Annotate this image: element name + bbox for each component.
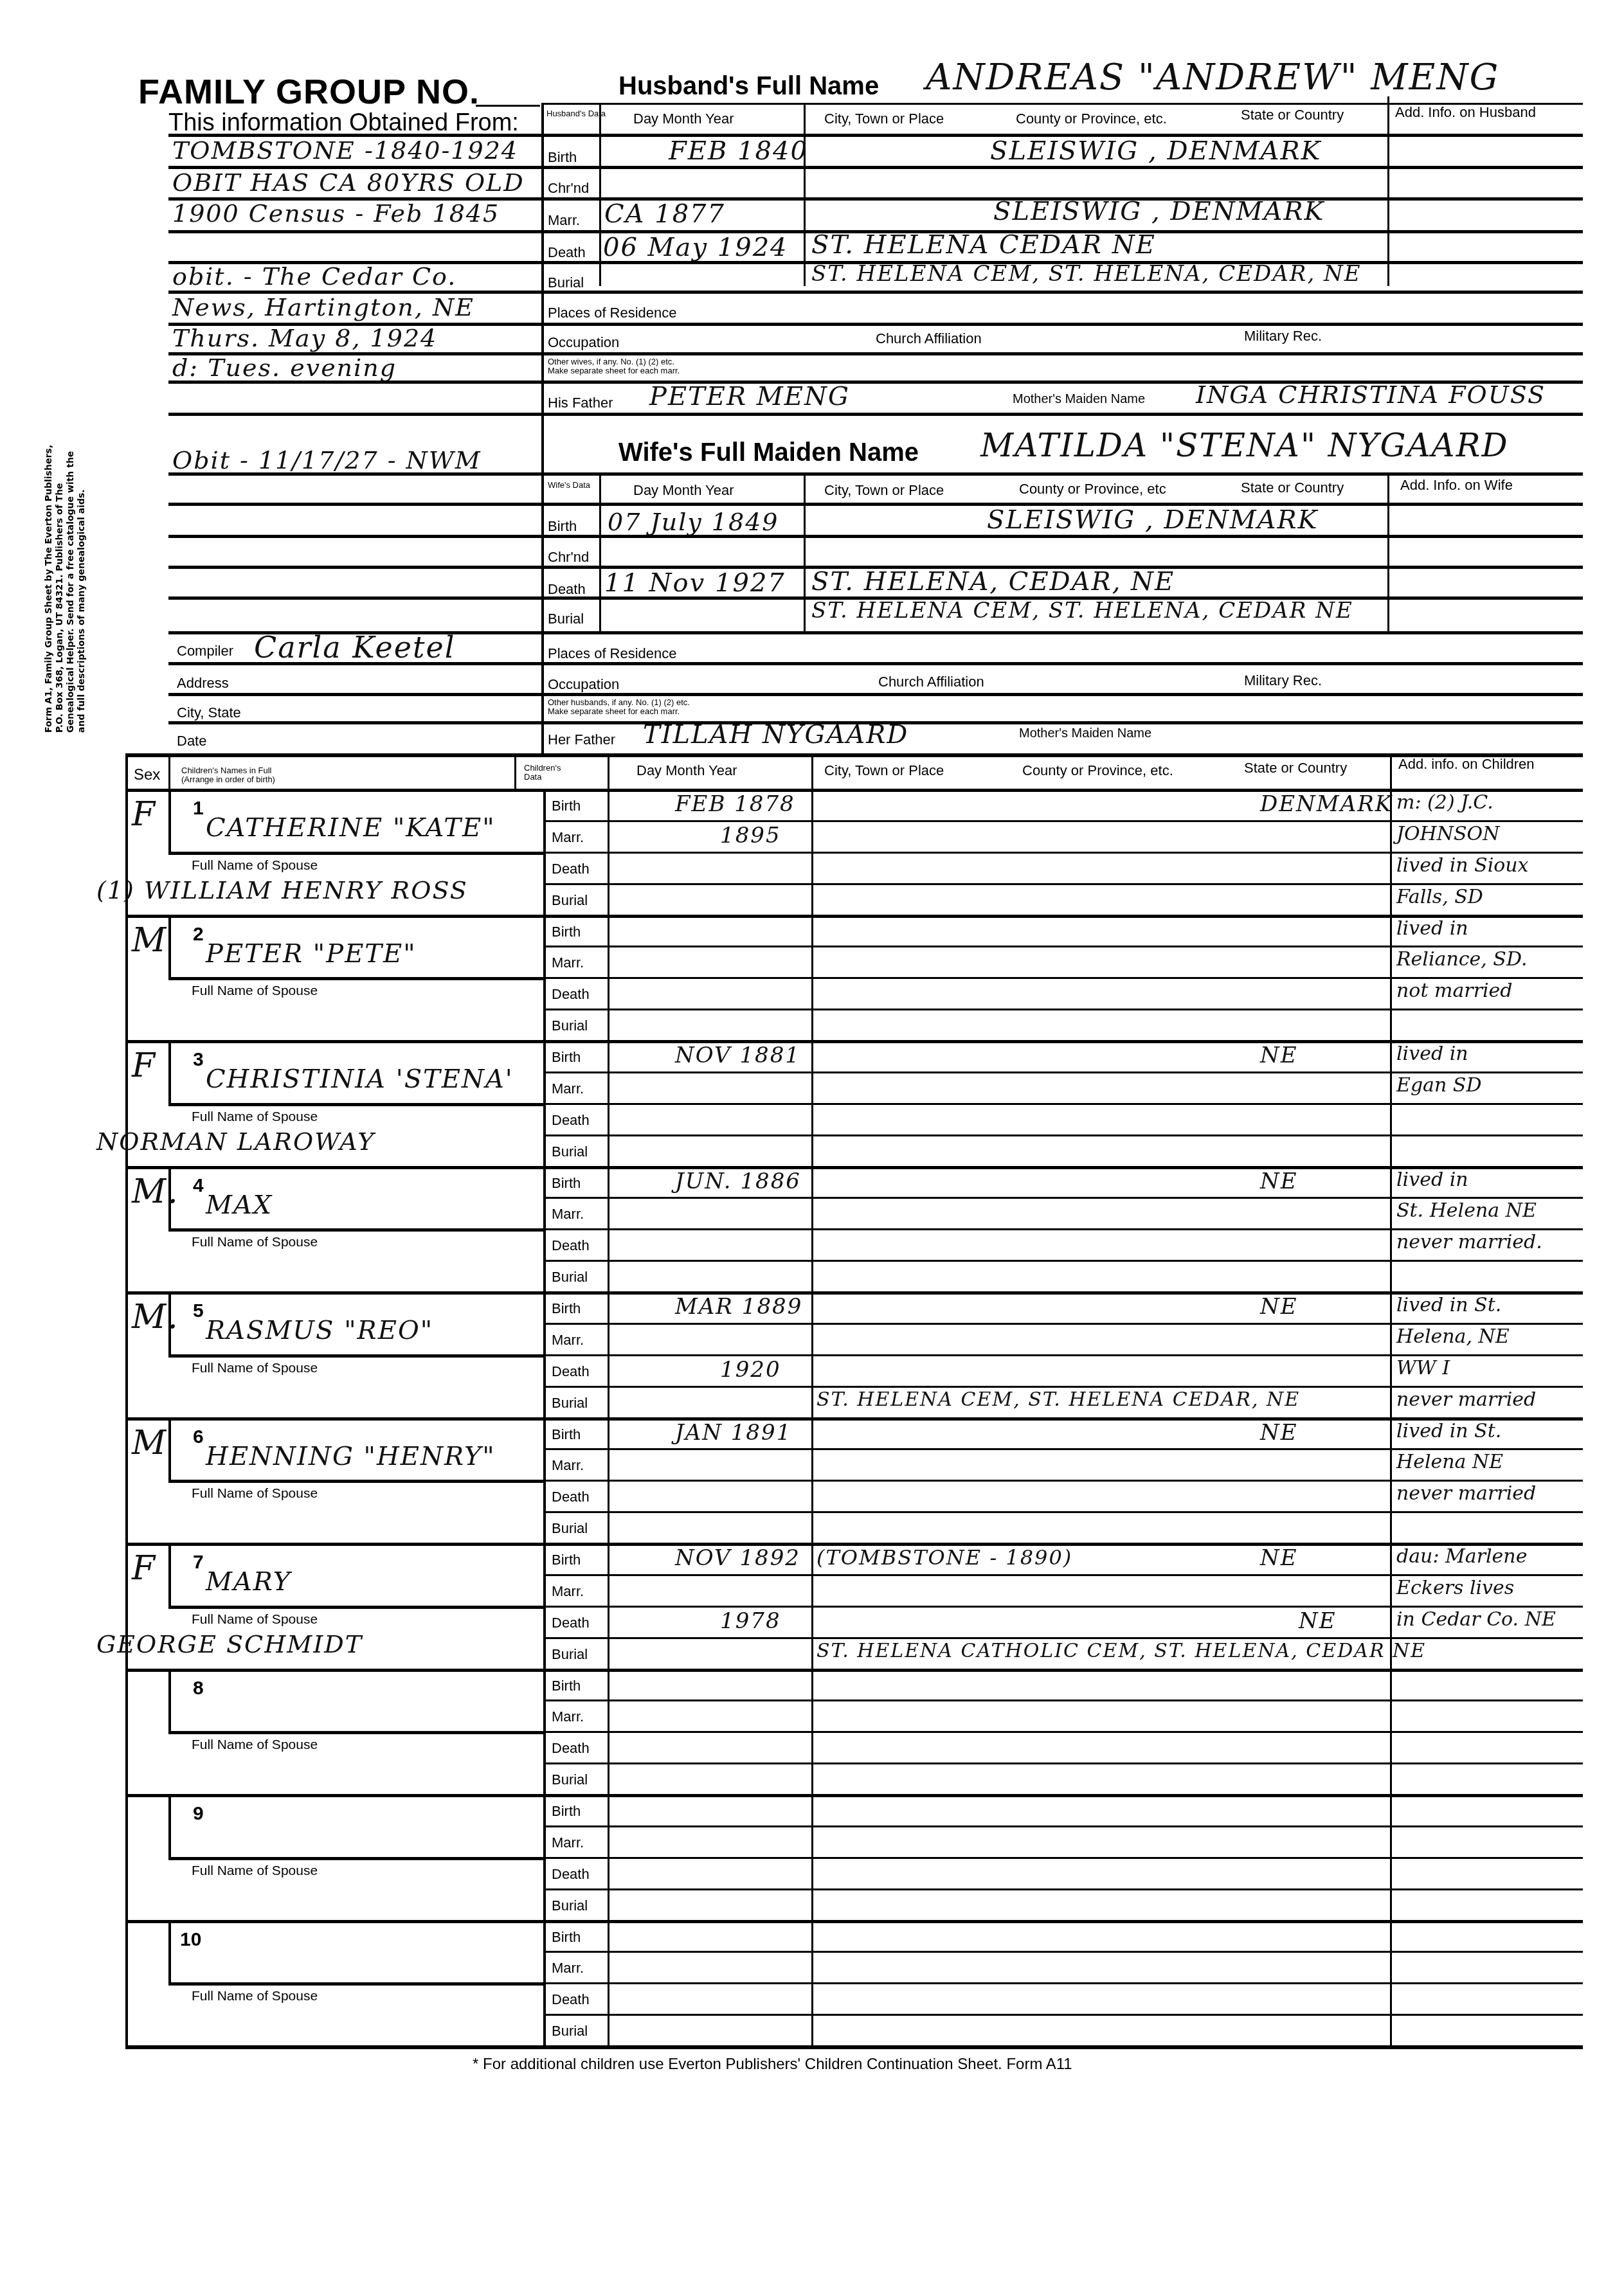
- child-event-label: Birth: [552, 924, 581, 940]
- child-birth-state[interactable]: NE: [1260, 1294, 1298, 1320]
- source-line-6[interactable]: News, Hartington, NE: [172, 293, 474, 321]
- child-burial-place[interactable]: ST. HELENA CATHOLIC CEM, ST. HELENA, CED…: [817, 1640, 1426, 1662]
- children-col-city: City, Town or Place: [824, 762, 944, 779]
- child-event-label: Marr.: [552, 1834, 584, 1851]
- his-father-name[interactable]: PETER MENG: [649, 382, 850, 411]
- child-event-label: Burial: [552, 1646, 588, 1663]
- child-event-label: Burial: [552, 2023, 588, 2040]
- children-col-date: Day Month Year: [636, 762, 737, 779]
- child-name[interactable]: HENNING "HENRY": [206, 1442, 496, 1471]
- child-sex[interactable]: F: [132, 1046, 156, 1085]
- child-note[interactable]: Reliance, SD.: [1396, 948, 1527, 971]
- child-birth-date[interactable]: FEB 1878: [675, 791, 795, 817]
- compiler-label: Compiler: [177, 643, 233, 659]
- child-name[interactable]: MAX: [206, 1190, 273, 1220]
- wife-event-burial: Burial: [548, 611, 584, 627]
- name-box-left: [168, 915, 171, 978]
- wife-col-state: State or Country: [1241, 480, 1344, 496]
- row-line: [543, 1009, 1583, 1010]
- col-date: Day Month Year: [633, 111, 734, 127]
- child-event-label: Death: [552, 1237, 590, 1254]
- row-line: [543, 852, 1583, 854]
- husband-birth-place[interactable]: SLEISWIG , DENMARK: [990, 136, 1322, 166]
- child-name[interactable]: CHRISTINIA 'STENA': [206, 1064, 514, 1094]
- row-line: [543, 1606, 1583, 1608]
- her-mother-label: Mother's Maiden Name: [1019, 726, 1151, 741]
- spouse-label: Full Name of Spouse: [192, 1612, 318, 1628]
- child-event-label: Burial: [552, 1395, 588, 1412]
- child-event-label: Birth: [552, 1175, 581, 1192]
- child-number: 7: [193, 1552, 204, 1574]
- name-box-bottom: [168, 1228, 543, 1232]
- divider: [599, 472, 601, 633]
- child-event-label: Burial: [552, 1018, 588, 1034]
- name-box-left: [168, 1669, 171, 1732]
- child-sex[interactable]: M: [132, 1424, 167, 1462]
- child-note[interactable]: never married: [1396, 1482, 1536, 1505]
- child-note[interactable]: in Cedar Co. NE: [1396, 1608, 1556, 1631]
- other-wives-note: Make separate sheet for each marr.: [548, 366, 680, 375]
- row-line: [543, 1825, 1583, 1827]
- child-name[interactable]: MARY: [206, 1567, 291, 1597]
- child-note[interactable]: never married.: [1396, 1231, 1542, 1253]
- spouse-label: Full Name of Spouse: [192, 1737, 318, 1753]
- row-line: [543, 1386, 1583, 1388]
- child-birth-date[interactable]: Nov 1892: [675, 1545, 800, 1571]
- wife-event-death: Death: [548, 581, 586, 598]
- source-line-7[interactable]: Thurs. May 8, 1924: [172, 324, 437, 352]
- wife-death-place[interactable]: ST. HELENA, CEDAR, NE: [811, 567, 1175, 596]
- row-line: [168, 693, 1583, 696]
- event-label-death: Death: [548, 244, 586, 261]
- child-event-label: Marr.: [552, 955, 584, 971]
- obtained-from-label: This information Obtained From:: [168, 109, 519, 137]
- row-line: [543, 1762, 1583, 1764]
- child-event-label: Marr.: [552, 1709, 584, 1725]
- source-line-5[interactable]: obit. - The Cedar Co.: [172, 262, 456, 291]
- col-children-names: Children's Names in Full: [181, 766, 271, 775]
- child-event-label: Death: [552, 1112, 590, 1129]
- col-children-data-2: Data: [524, 773, 541, 782]
- row-line: [543, 1072, 1583, 1073]
- child-sex[interactable]: M.: [132, 1298, 179, 1336]
- child-note[interactable]: lived in Sioux: [1396, 854, 1529, 877]
- child-event-label: Death: [552, 1991, 590, 2008]
- row-line: [543, 1857, 1583, 1859]
- divider: [804, 472, 806, 633]
- child-death-state[interactable]: NE: [1299, 1608, 1337, 1634]
- compiler-name[interactable]: Carla Keetel: [254, 630, 455, 665]
- other-husbands-label: Other husbands, if any. No. (1) (2) etc.: [548, 698, 690, 707]
- child-event-label: Marr.: [552, 1960, 584, 1977]
- child-birth-place[interactable]: (TOMBSTONE - 1890): [817, 1545, 1072, 1570]
- his-father-label: His Father: [548, 395, 613, 411]
- child-birth-state[interactable]: DENMARK: [1260, 791, 1393, 817]
- child-note[interactable]: lived in St.: [1396, 1420, 1501, 1442]
- row-line: [543, 2014, 1583, 2016]
- name-box-bottom: [168, 1982, 543, 1986]
- child-event-label: Birth: [552, 798, 581, 814]
- name-box-bottom: [168, 977, 543, 980]
- spouse-label: Full Name of Spouse: [192, 1486, 318, 1502]
- child-number: 9: [193, 1803, 204, 1825]
- row-line: [125, 1291, 1583, 1295]
- children-col-county: County or Province, etc.: [1022, 762, 1173, 779]
- child-event-label: Burial: [552, 1897, 588, 1914]
- her-father-name[interactable]: TILLAH NYGAARD: [643, 720, 908, 749]
- row-line: [543, 1103, 1583, 1105]
- row-line: [543, 946, 1583, 947]
- name-box-bottom: [168, 1731, 543, 1734]
- husband-name-label: Husband's Full Name: [618, 72, 879, 101]
- name-box-left: [168, 1417, 171, 1480]
- child-event-label: Death: [552, 1615, 590, 1631]
- publisher-side-note: Form A1, Family Group Sheet by The Evert…: [44, 445, 87, 733]
- row-line: [543, 1135, 1583, 1136]
- child-sex[interactable]: M.: [132, 1172, 179, 1211]
- name-box-bottom: [168, 1857, 543, 1860]
- wife-birth-place[interactable]: SLEISWIG , DENMARK: [987, 505, 1319, 535]
- divider: [541, 103, 544, 755]
- child-birth-date[interactable]: Nov 1881: [675, 1043, 800, 1068]
- child-note[interactable]: Eckers lives: [1396, 1577, 1514, 1599]
- side-note-line: Genealogical Helper. Send for a free cat…: [66, 445, 77, 733]
- divider: [599, 103, 601, 286]
- source-line-1[interactable]: TOMBSTONE -1840-1924: [172, 136, 518, 165]
- husband-death-place[interactable]: ST. HELENA CEDAR NE: [811, 230, 1156, 260]
- child-birth-date[interactable]: JUN. 1886: [675, 1169, 801, 1194]
- child-event-label: Death: [552, 1740, 590, 1757]
- child-event-label: Birth: [552, 1552, 581, 1568]
- row-line: [543, 1951, 1583, 1953]
- col-city: City, Town or Place: [824, 111, 944, 127]
- col-state: State or Country: [1241, 107, 1344, 123]
- child-marriage-date[interactable]: 1895: [720, 823, 781, 848]
- name-box-left: [168, 789, 171, 852]
- row-line: [543, 1323, 1583, 1325]
- wife-occupation-label: Occupation: [548, 676, 619, 693]
- wife-name-label: Wife's Full Maiden Name: [618, 438, 919, 467]
- child-number: 8: [193, 1678, 204, 1700]
- row-line: [168, 413, 1583, 416]
- col-children-names-note: (Arrange in order of birth): [181, 775, 275, 784]
- spouse-label: Full Name of Spouse: [192, 1863, 318, 1879]
- child-spouse[interactable]: NORMAN LAROWAY: [96, 1127, 375, 1156]
- name-box-left: [168, 1040, 171, 1103]
- event-label-christened: Chr'nd: [548, 180, 589, 197]
- child-note[interactable]: Helena, NE: [1396, 1325, 1510, 1348]
- row-line: [543, 820, 1583, 822]
- row-line: [125, 1166, 1583, 1169]
- child-sex[interactable]: F: [132, 1549, 156, 1588]
- child-event-label: Marr.: [552, 1206, 584, 1223]
- child-spouse[interactable]: GEORGE SCHMIDT: [96, 1630, 363, 1658]
- row-line: [543, 1260, 1583, 1262]
- child-event-label: Birth: [552, 1300, 581, 1317]
- child-name[interactable]: CATHERINE "KATE": [206, 813, 496, 843]
- child-event-label: Burial: [552, 1771, 588, 1788]
- children-table-bottom: [125, 2045, 1583, 2049]
- child-number: 4: [193, 1175, 204, 1197]
- source-line-3[interactable]: 1900 Census - Feb 1845: [172, 199, 500, 228]
- child-event-label: Death: [552, 1363, 590, 1380]
- wife-col-city: City, Town or Place: [824, 482, 944, 499]
- child-note[interactable]: Egan SD: [1396, 1074, 1481, 1097]
- child-number: 1: [193, 798, 204, 820]
- event-label-burial: Burial: [548, 274, 584, 291]
- husband-occupation-label: Occupation: [548, 334, 619, 351]
- col-add-husband: Add. Info. on Husband: [1395, 104, 1536, 121]
- row-line: [543, 1888, 1583, 1890]
- child-burial-place[interactable]: ST. HELENA CEM, ST. HELENA CEDAR, NE: [817, 1388, 1300, 1411]
- child-birth-state[interactable]: NE: [1260, 1169, 1298, 1194]
- child-note[interactable]: lived in St.: [1396, 1294, 1501, 1316]
- wife-military-label: Military Rec.: [1244, 672, 1322, 689]
- wife-event-birth: Birth: [548, 518, 577, 535]
- row-line: [543, 1637, 1583, 1639]
- family-group-number-line[interactable]: [476, 105, 540, 107]
- child-event-label: Burial: [552, 1520, 588, 1537]
- husband-data-label: Husband's Data: [546, 109, 606, 118]
- child-event-label: Birth: [552, 1678, 581, 1694]
- child-birth-state[interactable]: NE: [1260, 1043, 1298, 1068]
- row-line: [543, 1982, 1583, 1984]
- wife-name[interactable]: MATILDA "STENA" NYGAARD: [980, 427, 1508, 464]
- row-line: [125, 1920, 1583, 1923]
- child-note[interactable]: lived in: [1396, 1169, 1468, 1191]
- row-line: [543, 1228, 1583, 1230]
- row-line: [543, 1197, 1583, 1199]
- husband-death-date[interactable]: 06 May 1924: [603, 233, 788, 262]
- child-birth-state[interactable]: NE: [1260, 1545, 1298, 1571]
- name-box-left: [168, 1543, 171, 1606]
- child-note[interactable]: m: (2) J.C.: [1396, 791, 1493, 814]
- divider: [1387, 96, 1389, 286]
- spouse-label: Full Name of Spouse: [192, 1235, 318, 1250]
- child-event-label: Marr.: [552, 1457, 584, 1474]
- row-line: [543, 1354, 1583, 1356]
- row-line: [543, 1480, 1583, 1482]
- wife-col-date: Day Month Year: [633, 482, 734, 499]
- child-birth-date[interactable]: MAR 1889: [675, 1294, 802, 1320]
- row-line: [543, 1511, 1583, 1513]
- child-event-label: Marr.: [552, 1332, 584, 1349]
- name-box-bottom: [168, 1354, 543, 1358]
- wife-col-county: County or Province, etc: [1019, 481, 1166, 498]
- source-line-11[interactable]: Obit - 11/17/27 - NWM: [172, 446, 482, 474]
- wife-death-date[interactable]: 11 Nov 1927: [604, 568, 786, 598]
- child-event-label: Birth: [552, 1049, 581, 1066]
- husband-marriage-date[interactable]: CA 1877: [604, 199, 725, 229]
- date-label: Date: [177, 733, 206, 749]
- wife-birth-date[interactable]: 07 July 1849: [608, 508, 779, 536]
- name-box-left: [168, 1920, 171, 1983]
- name-box-bottom: [168, 1480, 543, 1483]
- child-note[interactable]: Helena NE: [1396, 1451, 1503, 1473]
- husband-marriage-place[interactable]: SLEISWIG , DENMARK: [993, 197, 1325, 226]
- col-county: County or Province, etc.: [1016, 111, 1167, 127]
- child-note[interactable]: WW I: [1396, 1357, 1450, 1379]
- source-line-8[interactable]: d: Tues. evening: [172, 354, 397, 382]
- child-event-label: Death: [552, 861, 590, 877]
- divider: [168, 753, 170, 789]
- row-line: [168, 535, 1583, 538]
- spouse-label: Full Name of Spouse: [192, 1989, 318, 2004]
- name-box-bottom: [168, 1103, 543, 1106]
- husband-burial-place[interactable]: ST. HELENA CEM, ST. HELENA, CEDAR, NE: [811, 261, 1362, 287]
- row-line: [125, 1669, 1583, 1672]
- col-sex: Sex: [134, 766, 160, 784]
- child-note[interactable]: dau: Marlene: [1396, 1545, 1527, 1568]
- children-table-top: [125, 753, 1583, 757]
- row-line: [125, 1794, 1583, 1797]
- other-wives-label: Other wives, if any. No. (1) (2) etc.: [548, 357, 674, 366]
- child-number: 10: [180, 1929, 201, 1951]
- footnote: * For additional children use Everton Pu…: [473, 2056, 1072, 2074]
- child-birth-date[interactable]: JAN 1891: [675, 1420, 791, 1446]
- name-box-bottom: [168, 1606, 543, 1609]
- child-event-label: Birth: [552, 1929, 581, 1946]
- child-event-label: Burial: [552, 892, 588, 909]
- wife-residence-label: Places of Residence: [548, 645, 677, 662]
- row-line: [543, 1574, 1583, 1576]
- col-children-data: Children's: [524, 764, 561, 773]
- child-number: 6: [193, 1426, 204, 1448]
- child-sex[interactable]: F: [132, 795, 156, 834]
- child-note[interactable]: St. Helena NE: [1396, 1199, 1537, 1222]
- his-mother-label: Mother's Maiden Name: [1013, 392, 1145, 407]
- col-add-wife: Add. Info. on Wife: [1400, 477, 1513, 494]
- divider: [514, 753, 516, 789]
- husband-residence-label: Places of Residence: [548, 305, 677, 321]
- row-line: [125, 1040, 1583, 1043]
- child-event-label: Birth: [552, 1426, 581, 1443]
- wife-church-label: Church Affiliation: [878, 674, 984, 690]
- wife-data-label: Wife's Data: [548, 481, 590, 490]
- his-mother-name[interactable]: INGA CHRISTINA FOUSS: [1196, 381, 1546, 409]
- child-death-date[interactable]: 1978: [720, 1608, 781, 1634]
- her-father-label: Her Father: [548, 731, 615, 748]
- address-label: Address: [177, 675, 229, 692]
- row-line: [543, 1448, 1583, 1450]
- children-col-add: Add. info. on Children: [1398, 756, 1535, 773]
- side-note-line: Form A1, Family Group Sheet by The Evert…: [44, 445, 55, 733]
- wife-burial-place[interactable]: ST. HELENA CEM, ST. HELENA, CEDAR NE: [811, 598, 1353, 623]
- row-line: [543, 1700, 1583, 1701]
- child-event-label: Marr.: [552, 1081, 584, 1097]
- child-number: 5: [193, 1300, 204, 1322]
- child-name[interactable]: PETER "PETE": [206, 939, 417, 969]
- child-sex[interactable]: M: [132, 921, 167, 960]
- child-note[interactable]: never married: [1396, 1388, 1536, 1411]
- child-event-label: Death: [552, 986, 590, 1003]
- child-number: 2: [193, 924, 204, 946]
- city-state-label: City, State: [177, 704, 241, 721]
- child-birth-state[interactable]: NE: [1260, 1420, 1298, 1446]
- child-death-date[interactable]: 1920: [720, 1357, 781, 1383]
- children-table-left: [125, 753, 128, 2049]
- event-label-marriage: Marr.: [548, 212, 580, 229]
- row-line: [543, 883, 1583, 885]
- spouse-label: Full Name of Spouse: [192, 858, 318, 874]
- child-note[interactable]: lived in: [1396, 917, 1468, 940]
- child-number: 3: [193, 1049, 204, 1071]
- child-note[interactable]: lived in: [1396, 1043, 1468, 1065]
- source-line-2[interactable]: OBIT HAS CA 80YRS OLD: [172, 168, 525, 197]
- child-event-label: Death: [552, 1866, 590, 1883]
- row-line: [543, 1731, 1583, 1733]
- child-name[interactable]: RASMUS "REO": [206, 1316, 433, 1345]
- row-line: [543, 977, 1583, 979]
- child-event-label: Marr.: [552, 829, 584, 846]
- side-note-line: P.O. Box 368, Logan, UT 84321. Publisher…: [55, 445, 66, 733]
- spouse-label: Full Name of Spouse: [192, 1361, 318, 1376]
- name-box-left: [168, 1794, 171, 1857]
- husband-birth-date[interactable]: FEB 1840: [669, 136, 808, 166]
- child-event-label: Death: [552, 1489, 590, 1505]
- row-line: [125, 1417, 1583, 1421]
- row-line: [125, 915, 1583, 918]
- children-col-state: State or Country: [1244, 760, 1347, 776]
- event-label-birth: Birth: [548, 149, 577, 166]
- child-event-label: Burial: [552, 1144, 588, 1160]
- divider: [1387, 472, 1389, 633]
- child-spouse[interactable]: (1) WILLIAM HENRY ROSS: [96, 876, 468, 904]
- husband-military-label: Military Rec.: [1244, 328, 1322, 345]
- spouse-label: Full Name of Spouse: [192, 1109, 318, 1125]
- divider: [804, 103, 806, 286]
- wife-event-christened: Chr'nd: [548, 549, 589, 566]
- husband-name[interactable]: ANDREAS "ANDREW" MENG: [926, 57, 1499, 98]
- other-husbands-note: Make separate sheet for each marr.: [548, 707, 680, 716]
- side-note-line: and full descriptions of many genealogic…: [77, 445, 87, 733]
- child-event-label: Birth: [552, 1803, 581, 1820]
- child-event-label: Marr.: [552, 1583, 584, 1600]
- child-note[interactable]: not married: [1396, 980, 1513, 1002]
- row-line: [168, 503, 1583, 506]
- spouse-label: Full Name of Spouse: [192, 983, 318, 999]
- child-note[interactable]: Falls, SD: [1396, 886, 1483, 908]
- name-box-bottom: [168, 852, 543, 855]
- form-title: FAMILY GROUP NO.: [138, 72, 480, 112]
- child-event-label: Burial: [552, 1269, 588, 1286]
- husband-church-label: Church Affiliation: [876, 330, 982, 347]
- child-note[interactable]: JOHNSON: [1396, 823, 1499, 845]
